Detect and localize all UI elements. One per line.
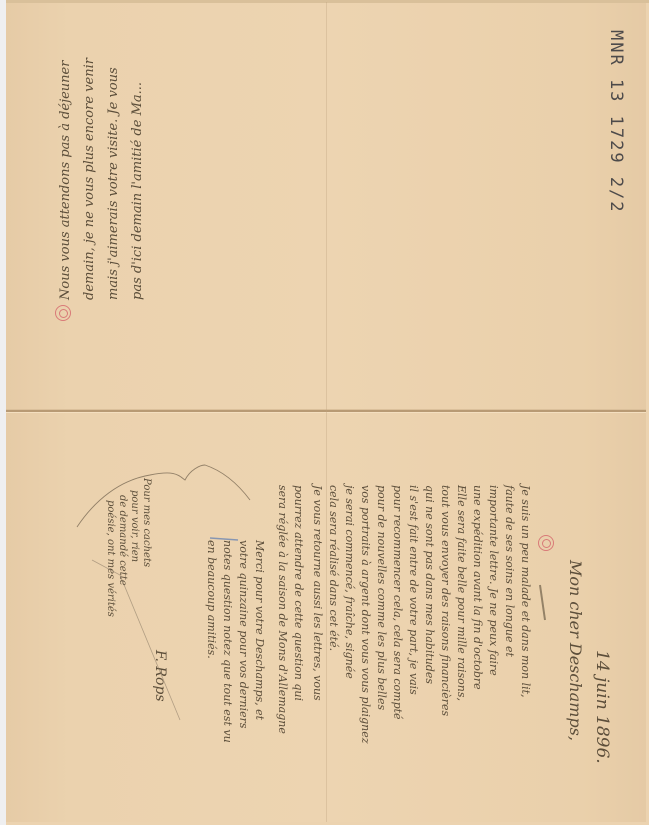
letter-line: il s'est fait entre de votre part, je va… [407, 485, 420, 695]
note-line: mais j'aimerais votre visite. Je vous [106, 67, 121, 300]
scanned-letter: MNR 13 1729 2/2 Nous vous attendons pas … [0, 0, 649, 825]
letter-line: faute de ses soins en longue et [503, 485, 516, 657]
letter-line: votre quinzaine pour vos derniers [237, 540, 250, 729]
letter-line: pour de nouvelles comme les plus belles [375, 485, 388, 710]
margin-note-line: Pour mes cachets [141, 478, 152, 567]
catalog-number: MNR 13 1729 2/2 [606, 30, 626, 214]
letter-signature: F. Rops [152, 650, 168, 702]
letter-line: qui ne sont pas dans mes habitudes [423, 485, 436, 684]
red-stamp-icon [538, 535, 554, 551]
margin-note-line: de demandé cette [117, 495, 128, 586]
letter-line: pour recommencer cela, cela sera compté [391, 485, 404, 720]
letter-line: notes question notez que tout est vu [221, 540, 234, 743]
letter-line: en beaucoup amitiés. [205, 540, 218, 659]
letter-line: tout vous envoyer des raisons financière… [439, 485, 452, 716]
letter-line: sera réglée à la saison de Mons d'Allema… [276, 485, 289, 734]
letter-date: 14 juin 1896. [592, 650, 612, 764]
note-line: demain, je ne vous plus encore venir [82, 58, 97, 300]
letter-line: Elle sera faite belle pour mille raisons… [455, 485, 468, 701]
paper-top-edge [6, 0, 649, 3]
margin-note-line: pour voir, rien [129, 490, 140, 562]
letter-line: Je vous retourne aussi les lettres, vous [311, 485, 324, 701]
letter-line: pourrez attendre de cette question qui [292, 485, 305, 701]
letter-line: je serai commencé, fraîche, signée [343, 485, 356, 679]
red-stamp-icon [55, 305, 71, 321]
letter-line: cela sera réalisé dans cet été. [327, 485, 340, 651]
letter-line: importante lettre. Je ne peux faire [487, 485, 500, 676]
letter-salutation: Mon cher Deschamps, [566, 560, 585, 741]
letter-line: une expédition avant la fin d'octobre [471, 485, 484, 690]
note-line: Nous vous attendons pas à déjeuner [58, 61, 73, 300]
letter-line: Merci pour votre Deschamps, et [253, 540, 266, 720]
letter-line: vos portraits à argent dont vous vous pl… [359, 485, 372, 744]
vertical-fold-line [326, 2, 327, 822]
note-line: pas d'ici demain l'amitié de Ma... [130, 82, 145, 300]
letter-line: Je suis un peu malade et dans mon lit, [519, 485, 532, 698]
margin-note-line: poésie, ont mes vérités [105, 500, 116, 617]
